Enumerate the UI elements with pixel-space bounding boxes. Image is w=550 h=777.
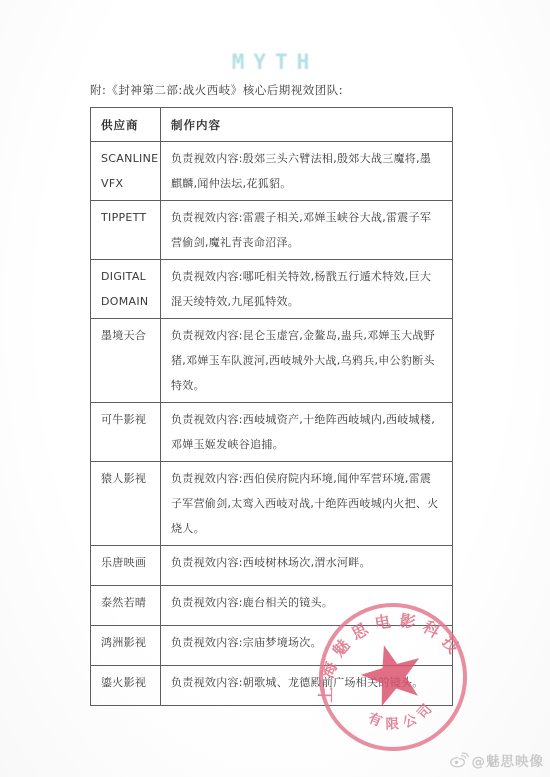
header-row: 供应商 制作内容 [91,108,453,142]
vendor-table-header: 供应商 制作内容 [91,108,453,142]
vendor-cell: DIGITAL DOMAIN [91,260,161,319]
vfx-vendor-table: 供应商 制作内容 SCANLINE VFX负责视效内容:殷郊三头六臂法相,殷郊大… [90,107,453,706]
column-header-vendor: 供应商 [91,108,161,142]
weibo-handle: @魅思映像 [472,750,545,770]
content-cell: 负责视效内容:雷震子相关,邓婵玉峡谷大战,雷震子军营偷剑,魔礼青丧命沼泽。 [161,201,453,260]
column-header-content: 制作内容 [161,108,453,142]
content-cell: 负责视效内容:殷郊三头六臂法相,殷郊大战三魔将,墨麒麟,闻仲法坛,花狐貂。 [161,142,453,201]
weibo-watermark: @魅思映像 [449,750,545,770]
myth-logo-watermark: MYTH [0,50,550,74]
table-row: TIPPETT负责视效内容:雷震子相关,邓婵玉峡谷大战,雷震子军营偷剑,魔礼青丧… [91,201,453,260]
table-row: SCANLINE VFX负责视效内容:殷郊三头六臂法相,殷郊大战三魔将,墨麒麟,… [91,142,453,201]
content-cell: 负责视效内容:哪吒相关特效,杨戬五行遁术特效,巨大混天绫特效,九尾狐特效。 [161,260,453,319]
content-cell: 负责视效内容:西岐城资产,十绝阵西岐城内,西岐城楼,邓婵玉姬发峡谷追捕。 [161,403,453,462]
vendor-cell: 乐唐映画 [91,546,161,586]
table-row: 墨境天合负责视效内容:昆仑玉虚宫,金鳌岛,蛊兵,邓婵玉大战野猪,邓婵玉车队渡河,… [91,319,453,403]
vendor-cell: 猿人影视 [91,462,161,546]
weibo-icon [449,751,469,769]
content-cell: 负责视效内容:鹿台相关的镜头。 [161,586,453,626]
vendor-cell: 泰然若晴 [91,586,161,626]
vendor-cell: 鎏火影视 [91,666,161,706]
table-row: DIGITAL DOMAIN负责视效内容:哪吒相关特效,杨戬五行遁术特效,巨大混… [91,260,453,319]
table-row: 鸿洲影视负责视效内容:宗庙梦境场次。 [91,626,453,666]
table-row: 乐唐映画负责视效内容:西岐树林场次,渭水河畔。 [91,546,453,586]
content-cell: 负责视效内容:朝歌城、龙德殿前广场相关的镜头。 [161,666,453,706]
table-row: 可牛影视负责视效内容:西岐城资产,十绝阵西岐城内,西岐城楼,邓婵玉姬发峡谷追捕。 [91,403,453,462]
content-cell: 负责视效内容:西伯侯府院内环境,闻仲军营环境,雷震子军营偷剑,太鸾入西岐对战,十… [161,462,453,546]
content-cell: 负责视效内容:西岐树林场次,渭水河畔。 [161,546,453,586]
table-row: 猿人影视负责视效内容:西伯侯府院内环境,闻仲军营环境,雷震子军营偷剑,太鸾入西岐… [91,462,453,546]
vendor-cell: SCANLINE VFX [91,142,161,201]
vendor-cell: TIPPETT [91,201,161,260]
vendor-cell: 鸿洲影视 [91,626,161,666]
vendor-cell: 墨境天合 [91,319,161,403]
vendor-table-body: SCANLINE VFX负责视效内容:殷郊三头六臂法相,殷郊大战三魔将,墨麒麟,… [91,142,453,706]
content-cell: 负责视效内容:昆仑玉虚宫,金鳌岛,蛊兵,邓婵玉大战野猪,邓婵玉车队渡河,西岐城外… [161,319,453,403]
vendor-cell: 可牛影视 [91,403,161,462]
document-intro-line: 附:《封神第二部:战火西岐》核心后期视效团队: [90,82,510,98]
document-page: MYTH 附:《封神第二部:战火西岐》核心后期视效团队: 供应商 制作内容 SC… [0,0,550,777]
table-row: 泰然若晴负责视效内容:鹿台相关的镜头。 [91,586,453,626]
content-cell: 负责视效内容:宗庙梦境场次。 [161,626,453,666]
table-row: 鎏火影视负责视效内容:朝歌城、龙德殿前广场相关的镜头。 [91,666,453,706]
